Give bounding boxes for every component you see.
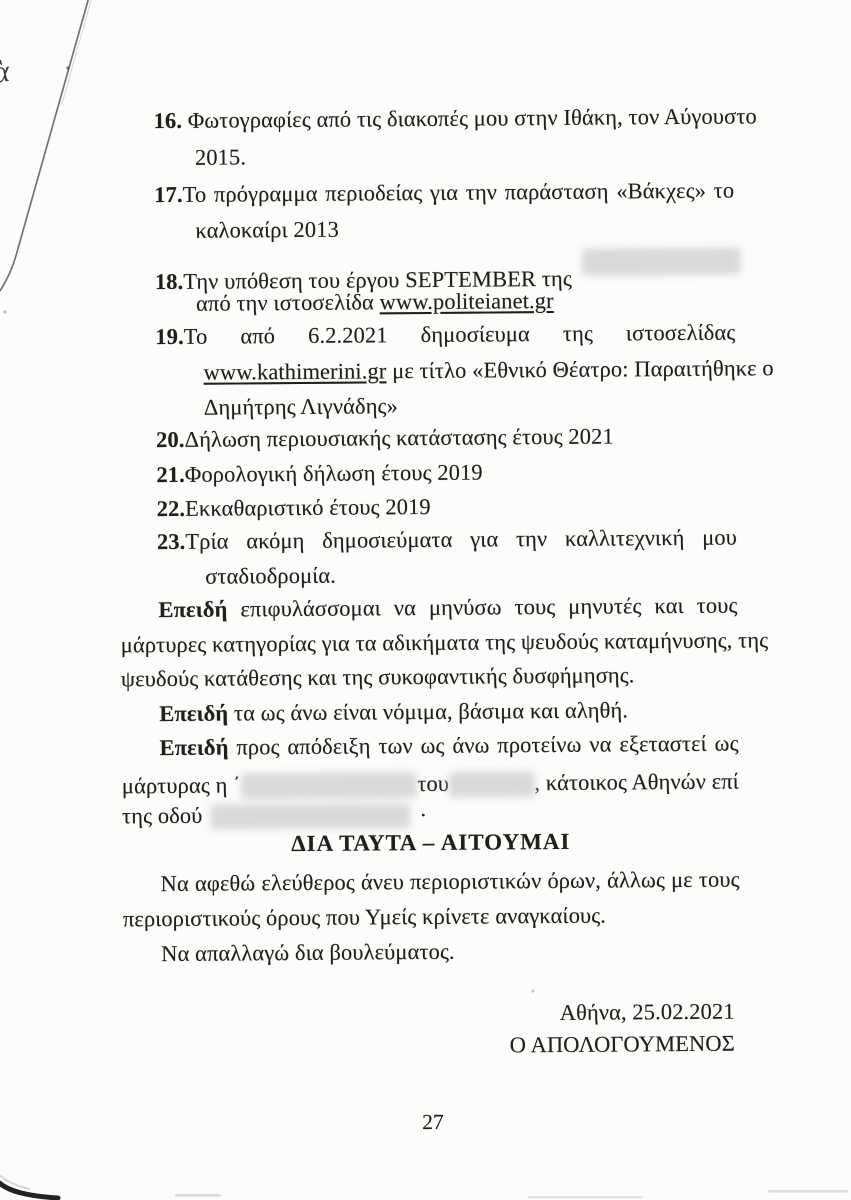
kathimerini-url: www.kathimerini.gr: [203, 358, 386, 384]
place-date-text: Αθήνα, 25.02.2021: [560, 999, 735, 1025]
exhibit-16-line-1: 16. Φωτογραφίες από τις διακοπές μου στη…: [154, 102, 734, 139]
exhibit-21-number: 21.: [156, 462, 185, 487]
exhibit-18-line-2: από την ιστοσελίδα www.politeianet.gr: [196, 285, 735, 321]
petition-heading: ΔΙΑ ΤΑΥΤΑ – ΑΙΤΟΥΜΑΙ: [122, 826, 739, 863]
exhibit-20-line-1: 20.Δήλωση περιουσιακής κατάστασης έτους …: [156, 421, 736, 458]
request-text-1: Να αφεθώ ελεύθερος άνευ περιοριστικών όρ…: [161, 867, 740, 897]
exhibit-21-line-1: 21.Φορολογική δήλωση έτους 2019: [156, 456, 736, 493]
exhibit-22-line-1: 22.Εκκαθαριστικό έτους 2019: [157, 490, 737, 527]
scanned-document-page: ὰ 16. Φωτογραφίες από τις διακοπές μου σ…: [0, 0, 851, 1200]
politeianet-url: www.politeianet.gr: [380, 288, 554, 314]
redaction-witness-name: [241, 772, 418, 799]
because-3-line-1: Επειδή προς απόδειξη των ως άνω προτείνω…: [121, 729, 738, 766]
exhibit-19-text-2: με τίτλο «Εθνικό Θέατρο: Παραιτήθηκε ο: [392, 355, 774, 383]
exhibit-16-line-2: 2015.: [195, 139, 734, 175]
because-keyword: Επειδή: [159, 701, 228, 727]
exhibit-19-text: Το από 6.2.2021 δημοσίευμα της ιστοσελίδ…: [184, 320, 736, 349]
because-1-line-1: Επειδή επιφυλάσσομαι να μηνύσω τους μηνυ…: [120, 591, 737, 628]
fold-line-artifact: [0, 0, 89, 291]
because-2-text-1: τα ως άνω είναι νόμιμα, βάσιμα και αληθή…: [234, 697, 628, 725]
because-keyword: Επειδή: [158, 597, 227, 623]
request-line-1: Να αφεθώ ελεύθερος άνευ περιοριστικών όρ…: [122, 865, 739, 902]
speck-artifact: [3, 310, 6, 313]
exhibit-19-line-2: www.kathimerini.gr με τίτλο «Εθνικό Θέατ…: [203, 354, 735, 390]
exhibit-17-number: 17.: [154, 182, 183, 207]
because-1-text-3: ψευδούς κατάθεσης και της συκοφαντικής δ…: [121, 662, 635, 691]
because-3-line-2: μάρτυρας η ΄του, κάτοικος Αθηνών επί: [122, 763, 739, 800]
document-content: 16. Φωτογραφίες από τις διακοπές μου στη…: [116, 0, 742, 1200]
exhibit-19-number: 19.: [155, 324, 184, 349]
redaction-publisher-name: [581, 248, 740, 276]
signature-role: Ο ΑΠΟΛΟΓΟΥΜΕΝΟΣ: [124, 1029, 735, 1066]
because-1-line-3: ψευδούς κατάθεσης και της συκοφαντικής δ…: [121, 660, 738, 697]
edge-streak-artifact: [768, 1190, 848, 1193]
exhibit-19-line-3: Δημήτρης Λιγνάδης»: [204, 389, 736, 425]
exhibit-20-number: 20.: [156, 427, 185, 452]
exhibit-19-line-1: 19.Το από 6.2.2021 δημοσίευμα της ιστοσε…: [155, 318, 735, 355]
because-1-line-2: μάρτυρες κατηγορίας για τα αδικήματα της…: [121, 626, 738, 663]
exhibit-17-line-1: 17.Το πρόγραμμα περιοδείας για την παράσ…: [154, 176, 734, 213]
exhibit-16-text-2: 2015.: [195, 144, 246, 169]
because-2-line-1: Επειδή τα ως άνω είναι νόμιμα, βάσιμα κα…: [121, 695, 738, 732]
street-end-period: .: [420, 796, 426, 821]
signer-title-text: Ο ΑΠΟΛΟΓΟΥΜΕΝΟΣ: [510, 1031, 735, 1058]
witness-of-text: του: [417, 769, 449, 799]
exhibit-16-text: Φωτογραφίες από τις διακοπές μου στην Ιθ…: [188, 103, 757, 132]
page-number-text: 27: [422, 1110, 444, 1134]
request-text-2: περιοριστικούς όρους που Υμείς κρίνετε α…: [123, 903, 606, 932]
speck-artifact: [66, 66, 69, 69]
because-keyword: Επειδή: [159, 735, 228, 761]
exhibit-23-line-1: 23.Τρία ακόμη δημοσιεύματα για την καλλι…: [157, 523, 737, 560]
page-number: 27: [124, 1105, 741, 1142]
exhibit-23-text-2: σταδιοδρομία.: [205, 563, 336, 589]
exhibit-21-text: Φορολογική δήλωση έτους 2019: [185, 460, 483, 487]
request-line-3: Να απαλλαγώ δια βουλεύματος.: [123, 935, 740, 972]
exhibit-18-text-2: από την ιστοσελίδα: [196, 289, 374, 315]
exhibit-23-number: 23.: [157, 529, 186, 554]
corner-smudge-artifact: [0, 1182, 58, 1198]
because-3-text-1: προς απόδειξη των ως άνω προτείνω να εξε…: [236, 731, 738, 760]
exhibit-18-number: 18.: [155, 269, 184, 294]
corner-smudge-artifact: [0, 1174, 30, 1189]
redaction-witness-street: [210, 803, 410, 830]
exhibit-17-text-2: καλοκαίρι 2013: [195, 217, 339, 243]
fold-line-shadow-artifact: [62, 0, 92, 104]
exhibit-19-text-3: Δημήτρης Λιγνάδης»: [204, 393, 398, 420]
exhibit-17-line-2: καλοκαίρι 2013: [195, 212, 734, 248]
exhibit-16-number: 16.: [154, 108, 183, 133]
exhibit-22-text: Εκκαθαριστικό έτους 2019: [185, 494, 431, 521]
redaction-witness-father-name: [449, 771, 535, 798]
exhibit-23-text: Τρία ακόμη δημοσιεύματα για την καλλιτεχ…: [185, 525, 737, 554]
request-line-2: περιοριστικούς όρους που Υμείς κρίνετε α…: [123, 900, 740, 937]
exhibit-18-line-1: 18.Την υπόθεση του έργου SEPTEMBER της: [155, 248, 735, 285]
because-1-text-1: επιφυλάσσομαι να μηνύσω τους μηνυτές και…: [240, 593, 737, 622]
exhibit-23-line-2: σταδιοδρομία.: [205, 558, 737, 594]
exhibit-17-text: Το πρόγραμμα περιοδείας για την παράστασ…: [183, 178, 735, 207]
exhibit-20-text: Δήλωση περιουσιακής κατάστασης έτους 202…: [184, 424, 613, 452]
signature-place-date: Αθήνα, 25.02.2021: [124, 997, 735, 1034]
handwriting-margin-note: ὰ: [0, 53, 12, 91]
witness-intro-text: μάρτυρας η ΄: [122, 770, 241, 801]
because-1-text-2: μάρτυρες κατηγορίας για τα αδικήματα της…: [121, 627, 769, 657]
exhibit-22-number: 22.: [157, 496, 186, 521]
petition-heading-text: ΔΙΑ ΤΑΥΤΑ – ΑΙΤΟΥΜΑΙ: [291, 829, 570, 856]
witness-residence-text: , κάτοικος Αθηνών επί: [534, 767, 739, 799]
request-text-3: Να απαλλαγώ δια βουλεύματος.: [161, 939, 455, 966]
street-intro-text: της οδού: [122, 803, 203, 829]
